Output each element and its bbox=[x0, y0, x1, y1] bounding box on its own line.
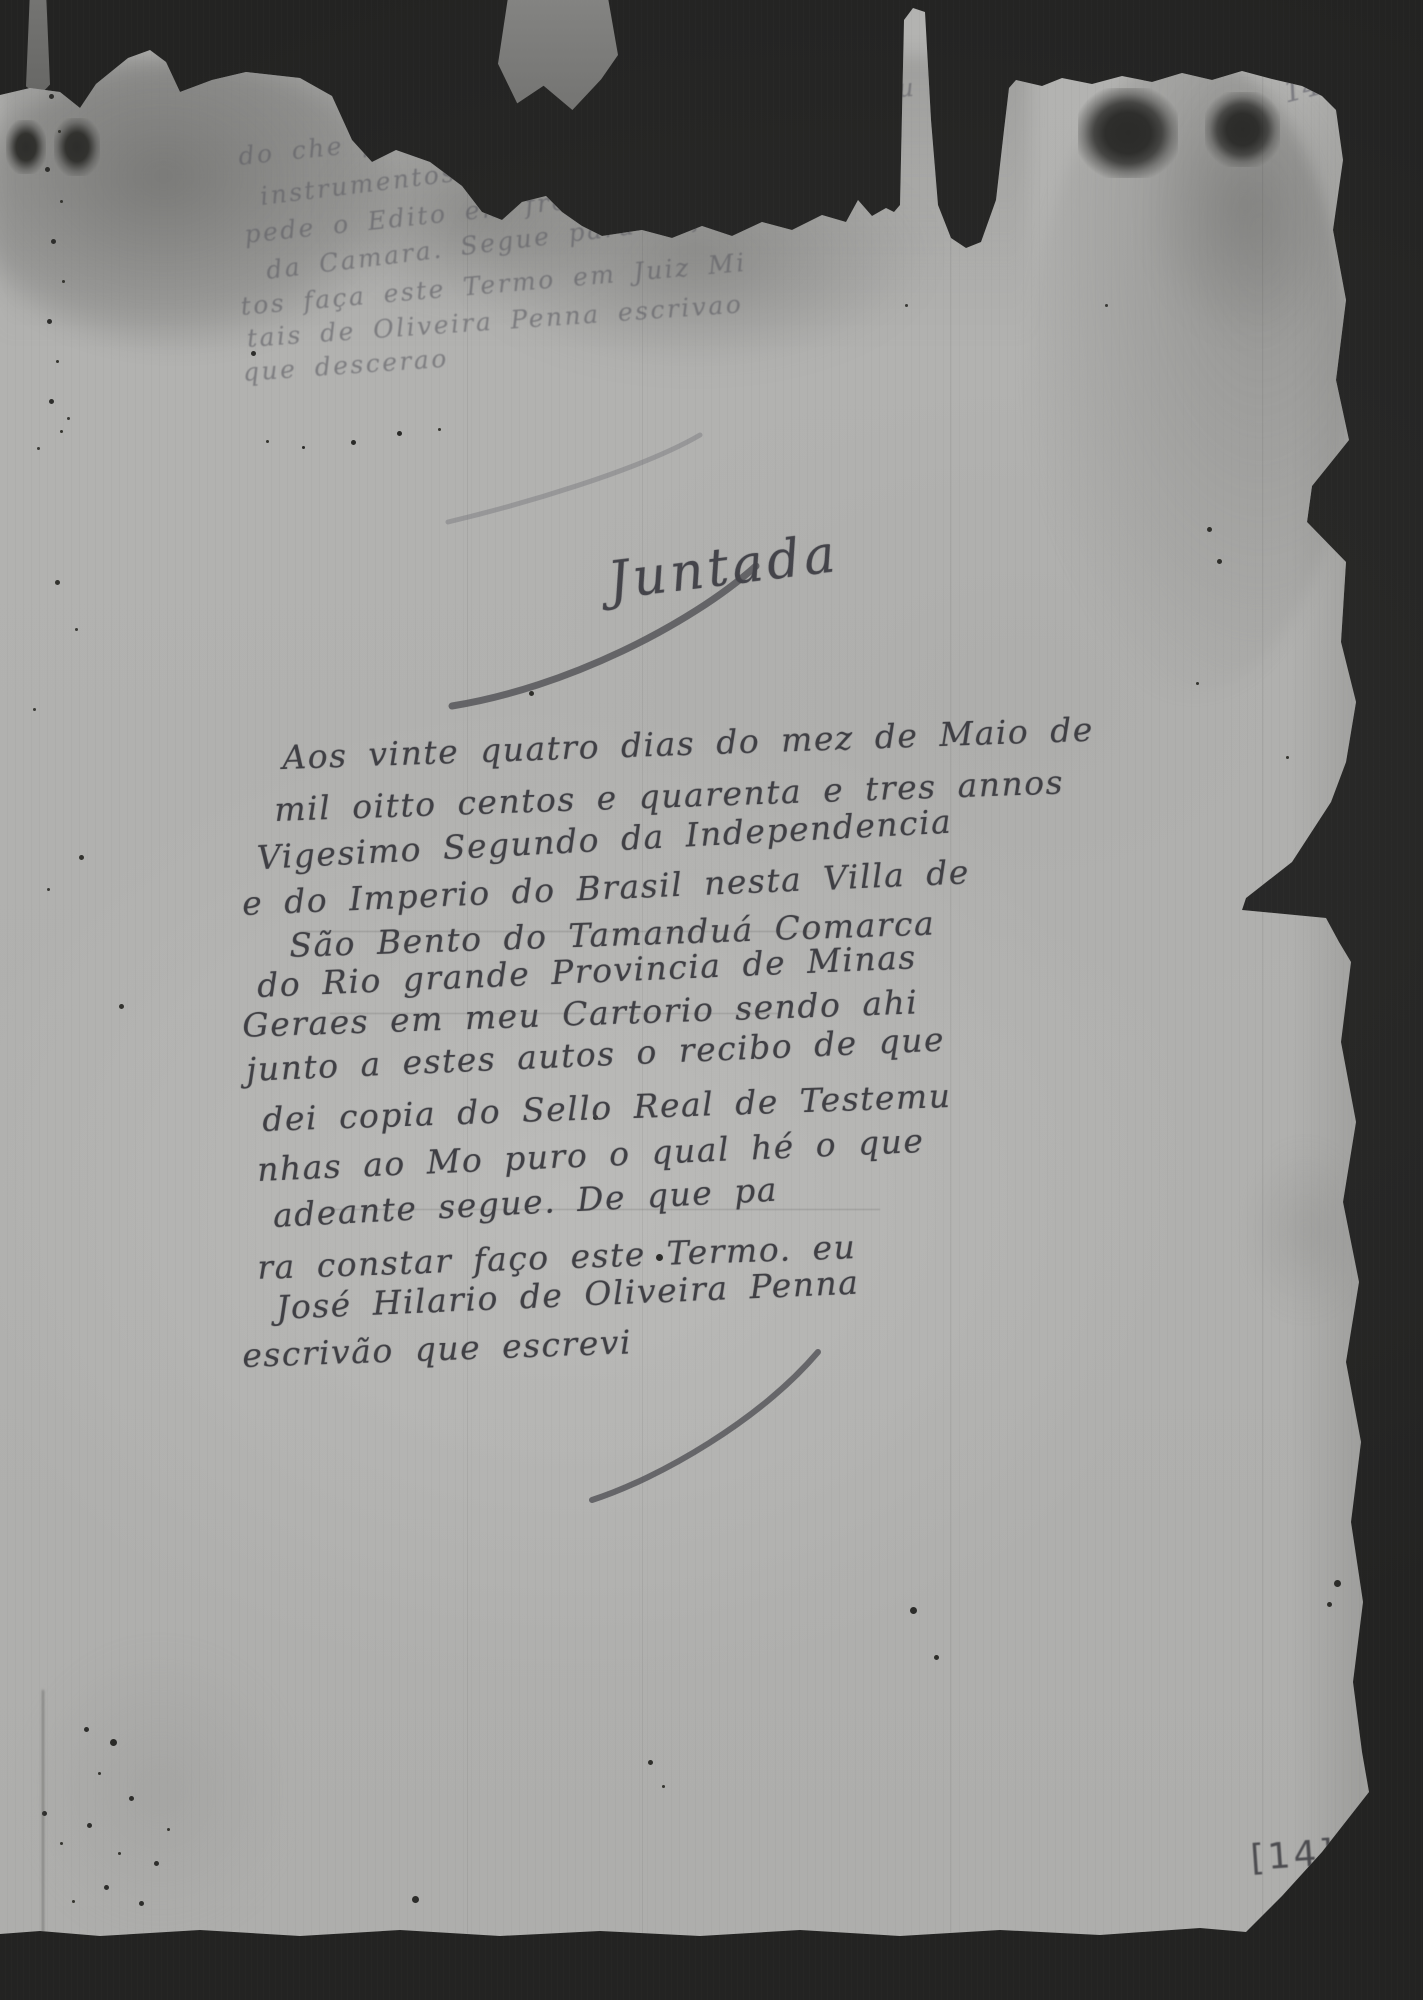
fold-line bbox=[1262, 70, 1263, 1935]
fold-line bbox=[950, 70, 951, 1935]
scanned-manuscript-page: … Ordem … a mão ao fer sendo fu do che p… bbox=[0, 0, 1423, 2000]
paper-sheet: … Ordem … a mão ao fer sendo fu do che p… bbox=[0, 0, 1423, 2000]
crease-line bbox=[42, 1690, 44, 1935]
